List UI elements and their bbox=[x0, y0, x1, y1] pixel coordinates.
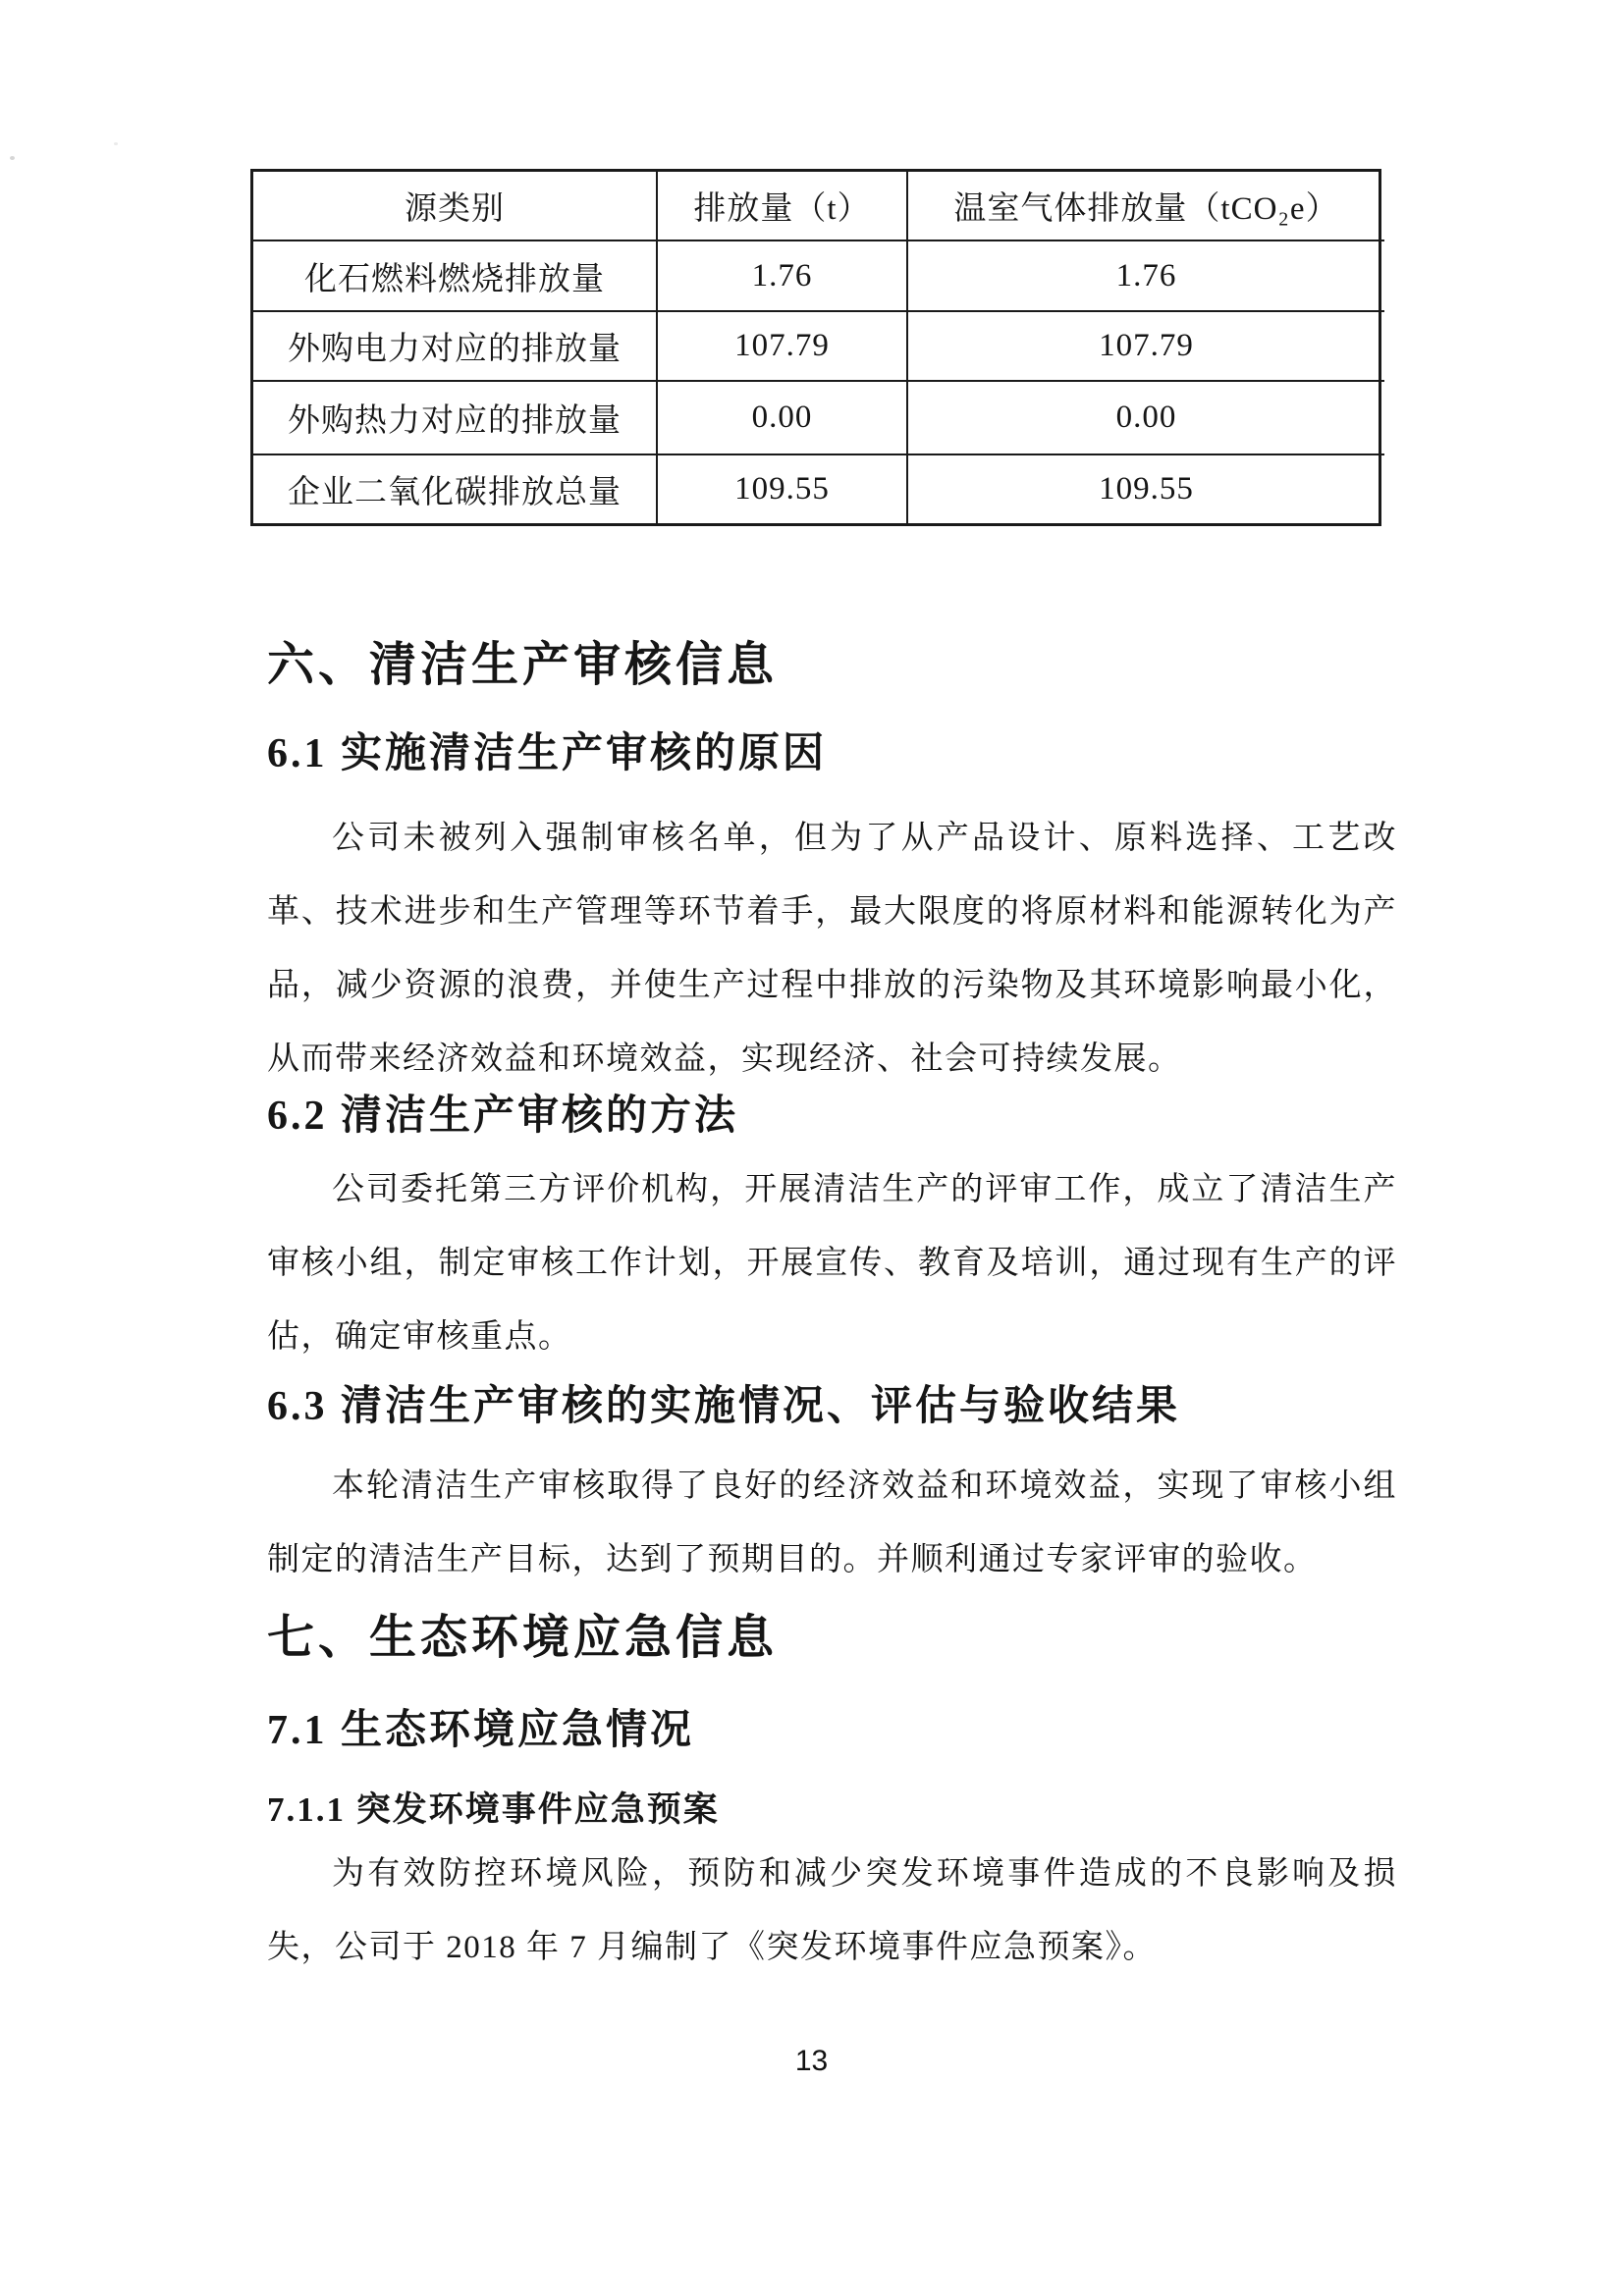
page-number: 13 bbox=[0, 2045, 1623, 2078]
emissions-table: 源类别 排放量（t） 温室气体排放量（tCO₂e） 化石燃料燃烧排放量 1.76… bbox=[250, 169, 1381, 526]
section-heading-seven: 七、生态环境应急信息 bbox=[253, 1611, 1407, 1665]
subsection-heading-6-3: 6.3 清洁生产审核的实施情况、评估与验收结果 bbox=[253, 1383, 1407, 1430]
document-page: 源类别 排放量（t） 温室气体排放量（tCO₂e） 化石燃料燃烧排放量 1.76… bbox=[0, 0, 1623, 2296]
table-cell-ghg: 1.76 bbox=[908, 241, 1384, 312]
table-cell-source: 企业二氧化碳排放总量 bbox=[253, 455, 658, 523]
table-cell-source: 外购热力对应的排放量 bbox=[253, 382, 658, 455]
subsection-heading-7-1: 7.1 生态环境应急情况 bbox=[253, 1707, 1407, 1754]
table-cell-ghg: 107.79 bbox=[908, 312, 1384, 382]
paragraph-6-3: 本轮清洁生产审核取得了良好的经济效益和环境效益，实现了审核小组制定的清洁生产目标… bbox=[253, 1450, 1407, 1597]
table-cell-emission: 0.00 bbox=[658, 382, 908, 455]
table-cell-emission: 1.76 bbox=[658, 241, 908, 312]
paragraph-6-1: 公司未被列入强制审核名单，但为了从产品设计、原料选择、工艺改革、技术进步和生产管… bbox=[253, 802, 1407, 1096]
table-cell-emission: 107.79 bbox=[658, 312, 908, 382]
subsection-heading-7-1-1: 7.1.1 突发环境事件应急预案 bbox=[253, 1790, 1407, 1830]
table-cell-source: 外购电力对应的排放量 bbox=[253, 312, 658, 382]
scan-speck bbox=[114, 142, 118, 145]
table-header-cell: 源类别 bbox=[253, 172, 658, 241]
subsection-heading-6-2: 6.2 清洁生产审核的方法 bbox=[253, 1093, 1407, 1140]
table-cell-source: 化石燃料燃烧排放量 bbox=[253, 241, 658, 312]
subsection-heading-6-1: 6.1 实施清洁生产审核的原因 bbox=[253, 730, 1407, 777]
paragraph-7-1-1: 为有效防控环境风险，预防和减少突发环境事件造成的不良影响及损失，公司于 2018… bbox=[253, 1838, 1407, 1985]
table-header-cell: 温室气体排放量（tCO₂e） bbox=[908, 172, 1384, 241]
table-header-cell: 排放量（t） bbox=[658, 172, 908, 241]
section-heading-six: 六、清洁生产审核信息 bbox=[253, 638, 1407, 692]
table-cell-ghg: 109.55 bbox=[908, 455, 1384, 523]
table-cell-emission: 109.55 bbox=[658, 455, 908, 523]
table-cell-ghg: 0.00 bbox=[908, 382, 1384, 455]
paragraph-6-2: 公司委托第三方评价机构，开展清洁生产的评审工作，成立了清洁生产审核小组，制定审核… bbox=[253, 1153, 1407, 1374]
scan-speck bbox=[10, 156, 15, 160]
